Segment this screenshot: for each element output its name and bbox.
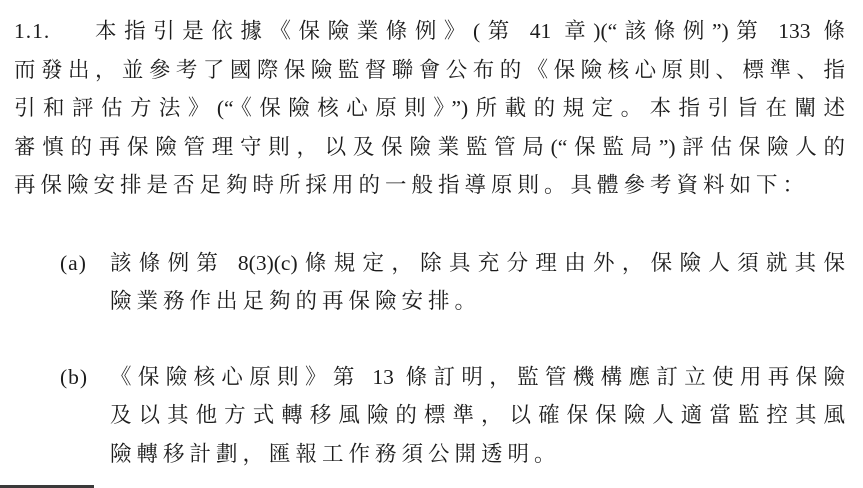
section-line: 審慎的再保險管理守則，以及保險業監管局(“保監局”)評估保險人的 [14, 128, 845, 167]
section-number: 1.1. [14, 12, 50, 51]
section-body: 本指引是依據《保險業條例》(第 41 章)(“該條例”)第 133 條 而發出，… [14, 12, 845, 205]
document-page: 1.1. 本指引是依據《保險業條例》(第 41 章)(“該條例”)第 133 條… [0, 0, 863, 488]
item-line: 及以其他方式轉移風險的標準，以確保保險人適當監控其風 [110, 396, 845, 435]
list-item-a: (a) 該條例第 8(3)(c)條規定，除具充分理由外，保險人須就其保 險業務作… [14, 244, 845, 321]
section-line: 本指引是依據《保險業條例》(第 41 章)(“該條例”)第 133 條 [14, 12, 845, 51]
section-line: 引和評估方法》(“《保險核心原則》”)所載的規定。本指引旨在闡述 [14, 89, 845, 128]
section-line: 而發出，並參考了國際保險監督聯會公布的《保險核心原則、標準、指 [14, 51, 845, 90]
item-b-body: 《保險核心原則》第 13 條訂明，監管機構應訂立使用再保險 及以其他方式轉移風險… [110, 358, 845, 474]
section-1-1: 1.1. 本指引是依據《保險業條例》(第 41 章)(“該條例”)第 133 條… [14, 12, 845, 205]
item-line: 險業務作出足夠的再保險安排。 [110, 282, 845, 321]
item-a-body: 該條例第 8(3)(c)條規定，除具充分理由外，保險人須就其保 險業務作出足夠的… [110, 244, 845, 321]
item-line: 該條例第 8(3)(c)條規定，除具充分理由外，保險人須就其保 [110, 244, 845, 283]
item-a-label: (a) [60, 244, 87, 283]
section-line: 再保險安排是否足夠時所採用的一般指導原則。具體參考資料如下： [14, 166, 845, 205]
item-line: 《保險核心原則》第 13 條訂明，監管機構應訂立使用再保險 [110, 358, 845, 397]
document-content: 1.1. 本指引是依據《保險業條例》(第 41 章)(“該條例”)第 133 條… [14, 12, 845, 473]
list-item-b: (b) 《保險核心原則》第 13 條訂明，監管機構應訂立使用再保險 及以其他方式… [14, 358, 845, 474]
item-line: 險轉移計劃，匯報工作務須公開透明。 [110, 435, 845, 474]
item-b-label: (b) [60, 358, 88, 397]
